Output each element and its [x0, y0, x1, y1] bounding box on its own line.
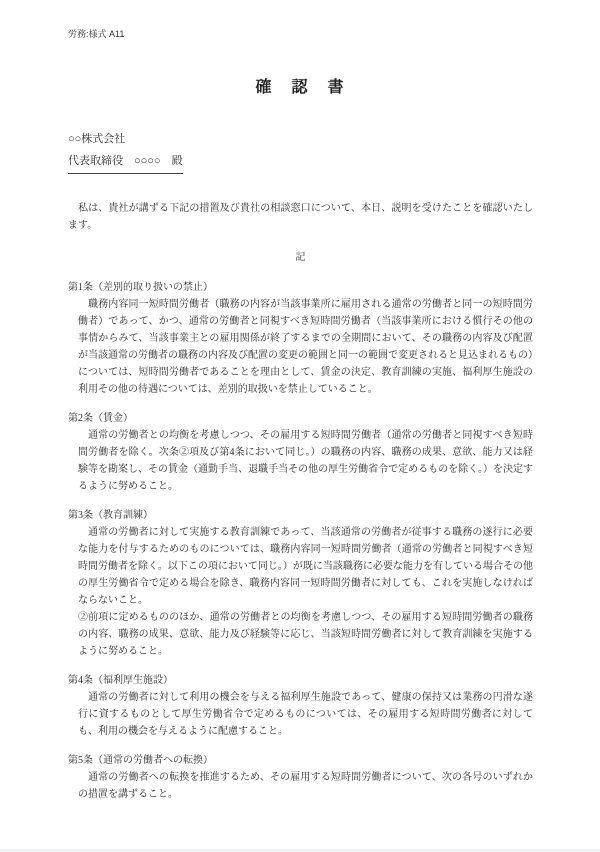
article-5-paragraph-1: 通常の労働者への転換を推進するため、その雇用する短時間労働者について、次の各号の… [68, 769, 533, 803]
article-5-heading: 第5条（通常の労働者への転換） [68, 752, 533, 769]
document-title: 確 認 書 [68, 78, 533, 98]
article-2-paragraph-1: 通常の労働者との均衡を考慮しつつ、その雇用する短時間労働者（通常の労働者と同視す… [68, 427, 533, 495]
article-4-paragraph-1: 通常の労働者に対して利用の機会を与える福利厚生施設であって、健康の保持又は業務の… [68, 689, 533, 740]
article-2: 第2条（賃金） 通常の労働者との均衡を考慮しつつ、その雇用する短時間労働者（通常… [68, 410, 533, 495]
article-3-heading: 第3条（教育訓練） [68, 507, 533, 524]
article-1: 第1条（差別的取り扱いの禁止） 職務内容同一短時間労働者（職務の内容が当該事業所… [68, 279, 533, 398]
document-page: 労務:様式 A11 確 認 書 ○○株式会社 代表取締役 ○○○○ 殿 私は、貴… [0, 0, 600, 852]
article-2-heading: 第2条（賃金） [68, 410, 533, 427]
article-4-heading: 第4条（福利厚生施設） [68, 672, 533, 689]
article-1-heading: 第1条（差別的取り扱いの禁止） [68, 279, 533, 296]
article-1-paragraph-1: 職務内容同一短時間労働者（職務の内容が当該事業所に雇用される通常の労働者と同一の… [68, 296, 533, 398]
article-5: 第5条（通常の労働者への転換） 通常の労働者への転換を推進するため、その雇用する… [68, 752, 533, 803]
article-4: 第4条（福利厚生施設） 通常の労働者に対して利用の機会を与える福利厚生施設であっ… [68, 672, 533, 740]
article-3: 第3条（教育訓練） 通常の労働者に対して実施する教育訓練であって、当該通常の労働… [68, 507, 533, 660]
form-code-label: 労務:様式 A11 [68, 28, 533, 40]
recipient-representative: 代表取締役 ○○○○ 殿 [68, 150, 183, 174]
article-3-paragraph-1: 通常の労働者に対して実施する教育訓練であって、当該通常の労働者が従事する職務の遂… [68, 524, 533, 609]
intro-paragraph: 私は、貴社が講ずる下記の措置及び貴社の相談窓口について、本日、説明を受けたことを… [68, 200, 533, 234]
recipient-block: ○○株式会社 代表取締役 ○○○○ 殿 [68, 128, 533, 174]
ki-marker: 記 [68, 249, 533, 266]
articles-section: 第1条（差別的取り扱いの禁止） 職務内容同一短時間労働者（職務の内容が当該事業所… [68, 279, 533, 803]
article-3-paragraph-2: ②前項に定めるもののほか、通常の労働者との均衡を考慮しつつ、その雇用する短時間労… [68, 609, 533, 660]
recipient-company: ○○株式会社 [68, 128, 533, 150]
